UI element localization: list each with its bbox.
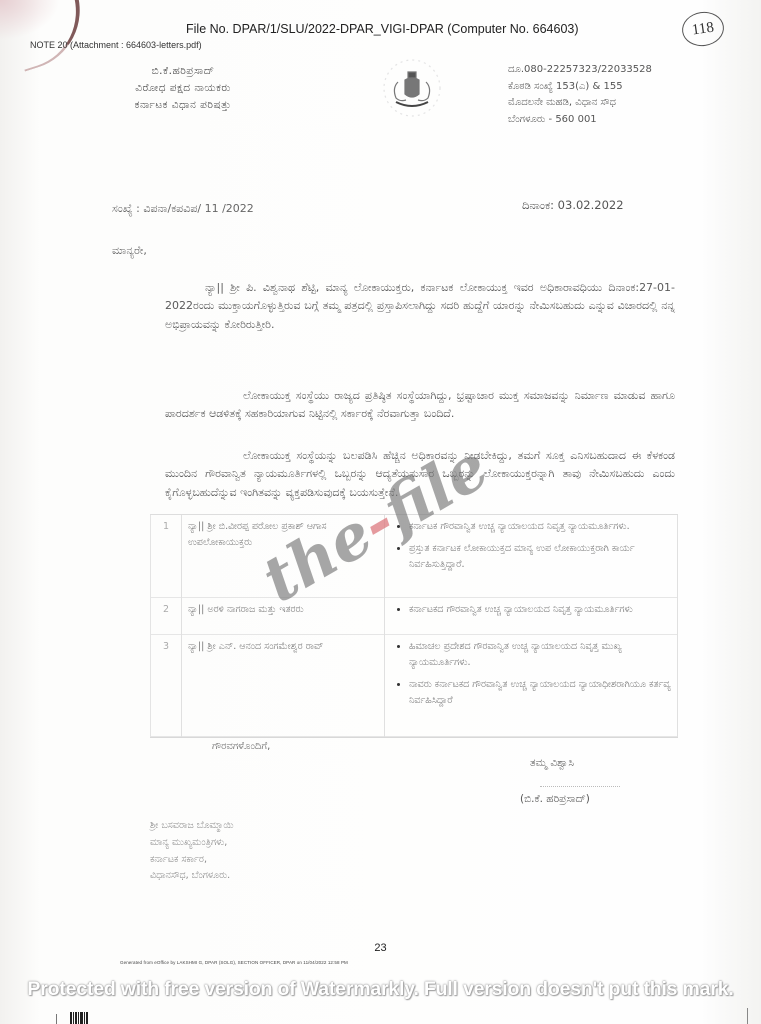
phone-numbers: ದೂ.080-22257323/22033528: [508, 62, 738, 79]
judge-name: ನ್ಯಾ|| ಶ್ರೀ ಬಿ.ವೀರಪ್ಪ ಪರೋಲ ಪ್ರಕಾಶ್ ಆಗಾಸ …: [182, 515, 385, 597]
body-paragraph: ಲೋಕಾಯುಕ್ತ ಸಂಸ್ಥೆಯನ್ನು ಬಲಪಡಿಸಿ ಹೆಚ್ಚಿನ ಅಧ…: [165, 447, 675, 502]
detail-bullet: ಪ್ರಸ್ತುತ ಕರ್ನಾಟಕ ಲೋಕಾಯುಕ್ತದ ಮಾನ್ಯ ಉಪ ಲೋಕ…: [409, 541, 671, 573]
recipient-name: ಶ್ರೀ ಬಸವರಾಜ ಬೊಮ್ಮಾಯಿ: [150, 818, 234, 835]
recipient-address: ಶ್ರೀ ಬಸವರಾಜ ಬೊಮ್ಮಾಯಿ ಮಾನ್ಯ ಮುಖ್ಯಮಂತ್ರಿಗಳ…: [150, 818, 234, 885]
city-pincode: ಬೆಂಗಳೂರು - 560 001: [508, 112, 738, 129]
scan-edge-line: [56, 1014, 57, 1024]
recipient-government: ಕರ್ನಾಟಕ ಸರ್ಕಾರ,: [150, 852, 234, 869]
detail-bullet: ಕರ್ನಾಟಕ ಗೌರವಾನ್ವಿತ ಉಚ್ಚ ನ್ಯಾಯಾಲಯದ ನಿವೃತ್…: [409, 519, 671, 535]
judge-details: ಕರ್ನಾಟಕದ ಗೌರವಾನ್ವಿತ ಉಚ್ಚ ನ್ಯಾಯಾಲಯದ ನಿವೃತ…: [385, 597, 678, 634]
state-emblem-icon: [372, 52, 452, 122]
sender-letterhead: ಬಿ.ಕೆ.ಹರಿಪ್ರಸಾದ್ ವಿರೋಧ ಪಕ್ಷದ ನಾಯಕರು ಕರ್ನ…: [88, 63, 278, 114]
note-attachment-line: NOTE 20 (Attachment : 664603-letters.pdf…: [30, 40, 202, 50]
file-number-header: File No. DPAR/1/SLU/2022-DPAR_VIGI-DPAR …: [186, 22, 579, 36]
closing-line: ಗೌರವಗಳೊಂದಿಗೆ,: [212, 741, 270, 752]
body-paragraph: ಲೋಕಾಯುಕ್ತ ಸಂಸ್ಥೆಯು ರಾಜ್ಯದ ಪ್ರತಿಷ್ಠಿತ ಸಂಸ…: [165, 387, 675, 424]
detail-bullet: ನಾವರು ಕರ್ನಾಟಕದ ಗೌರವಾನ್ವಿತ ಉಚ್ಚ ನ್ಯಾಯಾಲಯದ…: [409, 677, 671, 709]
recommended-judges-table: 1ನ್ಯಾ|| ಶ್ರೀ ಬಿ.ವೀರಪ್ಪ ಪರೋಲ ಪ್ರಕಾಶ್ ಆಗಾಸ…: [150, 514, 678, 738]
sender-designation: ವಿರೋಧ ಪಕ್ಷದ ನಾಯಕರು: [88, 80, 278, 97]
signature: [540, 776, 620, 787]
detail-bullet: ಹಿಮಾಚಲ ಪ್ರದೇಶದ ಗೌರವಾನ್ವಿತ ಉಚ್ಚ ನ್ಯಾಯಾಲಯದ…: [409, 639, 671, 671]
officials-table: 1ನ್ಯಾ|| ಶ್ರೀ ಬಿ.ವೀರಪ್ಪ ಪರೋಲ ಪ್ರಕಾಶ್ ಆಗಾಸ…: [150, 515, 678, 737]
page-number: 23: [0, 942, 761, 954]
sender-name: ಬಿ.ಕೆ.ಹರಿಪ್ರಸಾದ್: [88, 63, 278, 80]
judge-name: ನ್ಯಾ|| ಶ್ರೀ ಎನ್. ಆನಂದ ಸಂಗಮೇಶ್ವರ ರಾವ್: [182, 634, 385, 736]
judge-name: ನ್ಯಾ|| ಅರಳಿ ನಾಗರಾಜ ಮತ್ತು ಇತರರು: [182, 597, 385, 634]
detail-bullet: ಕರ್ನಾಟಕದ ಗೌರವಾನ್ವಿತ ಉಚ್ಚ ನ್ಯಾಯಾಲಯದ ನಿವೃತ…: [409, 602, 671, 618]
sender-organization: ಕರ್ನಾಟಕ ವಿಧಾನ ಪರಿಷತ್ತು: [88, 97, 278, 114]
eoffice-generated-footer: Generated from eOffice by LAKSHMI G, DPA…: [120, 960, 348, 965]
recipient-designation: ಮಾನ್ಯ ಮುಖ್ಯಮಂತ್ರಿಗಳು,: [150, 835, 234, 852]
barcode-icon: [70, 1012, 88, 1024]
watermarkly-footer-notice: Protected with free version of Watermark…: [0, 978, 761, 1001]
serial-number: 2: [151, 597, 182, 634]
table-row: 2ನ್ಯಾ|| ಅರಳಿ ನಾಗರಾಜ ಮತ್ತು ಇತರರುಕರ್ನಾಟಕದ …: [151, 597, 678, 634]
scan-edge-line: [747, 1008, 748, 1024]
signatory-name: (ಬಿ.ಕೆ. ಹರಿಪ್ರಸಾದ್): [520, 793, 590, 806]
body-paragraph: ನ್ಯಾ|| ಶ್ರೀ ಪಿ. ವಿಶ್ವನಾಥ ಶೆಟ್ಟಿ, ಮಾನ್ಯ ಲ…: [165, 279, 675, 334]
sign-off: ತಮ್ಮ ವಿಶ್ವಾಸಿ: [530, 757, 574, 770]
room-number: ಕೊಠಡಿ ಸಂಖ್ಯೆ 153(ಎ) & 155: [508, 79, 738, 96]
letter-date: ದಿನಾಂಕ: 03.02.2022: [522, 198, 624, 213]
judge-details: ಕರ್ನಾಟಕ ಗೌರವಾನ್ವಿತ ಉಚ್ಚ ನ್ಯಾಯಾಲಯದ ನಿವೃತ್…: [385, 515, 678, 597]
judge-details: ಹಿಮಾಚಲ ಪ್ರದೇಶದ ಗೌರವಾನ್ವಿತ ಉಚ್ಚ ನ್ಯಾಯಾಲಯದ…: [385, 634, 678, 736]
floor-building: ಮೊದಲನೇ ಮಹಡಿ, ವಿಧಾನ ಸೌಧ: [508, 95, 738, 112]
serial-number: 1: [151, 515, 182, 597]
table-row: 3ನ್ಯಾ|| ಶ್ರೀ ಎನ್. ಆನಂದ ಸಂಗಮೇಶ್ವರ ರಾವ್ಹಿಮ…: [151, 634, 678, 736]
recipient-location: ವಿಧಾನಸೌಧ, ಬೆಂಗಳೂರು.: [150, 868, 234, 885]
office-contact-details: ದೂ.080-22257323/22033528 ಕೊಠಡಿ ಸಂಖ್ಯೆ 15…: [508, 62, 738, 128]
reference-number: ಸಂಖ್ಯೆ : ವಿಪನಾ/ಕಪವಿಪ/ 11 /2022: [112, 202, 254, 216]
table-row: 1ನ್ಯಾ|| ಶ್ರೀ ಬಿ.ವೀರಪ್ಪ ಪರೋಲ ಪ್ರಕಾಶ್ ಆಗಾಸ…: [151, 515, 678, 597]
salutation: ಮಾನ್ಯರೇ,: [112, 244, 147, 258]
scanned-page-background: [0, 0, 761, 1024]
serial-number: 3: [151, 634, 182, 736]
